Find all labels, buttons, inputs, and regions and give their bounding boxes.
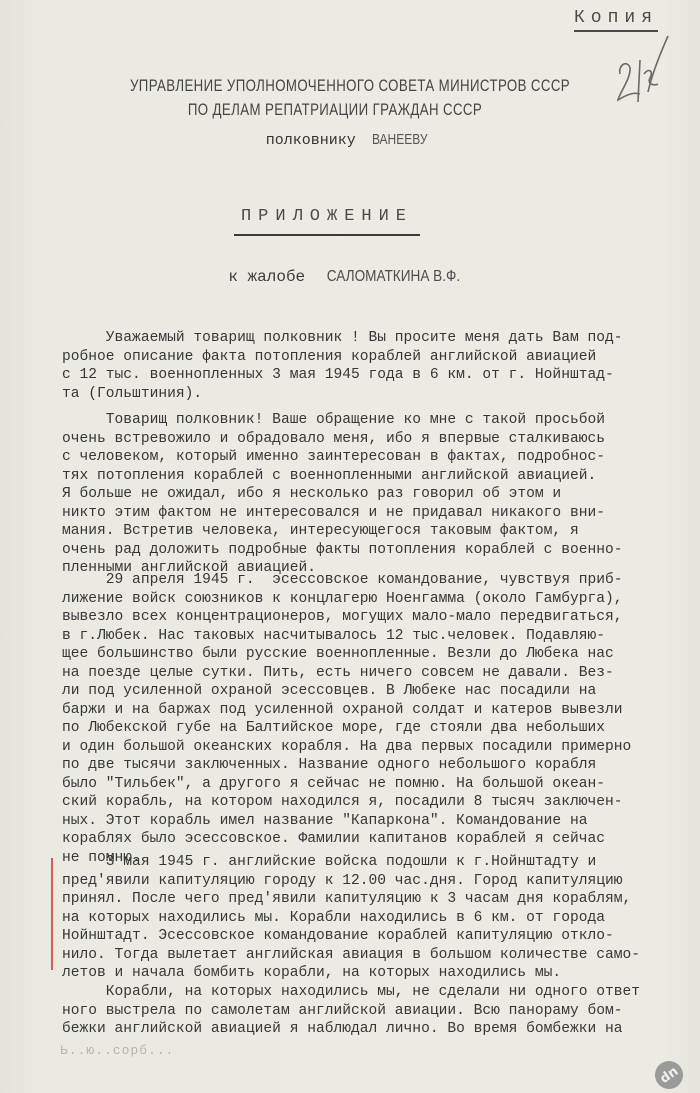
text-line: Корабли, на которых находились мы, не сд…	[62, 983, 700, 1002]
document-title: ПРИЛОЖЕНИЕ	[234, 207, 420, 236]
text-line: баржи и на баржах под усиленной охраной …	[62, 701, 700, 720]
watermark-badge-icon: dn	[650, 1056, 689, 1093]
bleedthrough-text: Ь..ю..сорб...	[60, 1043, 174, 1058]
text-line: Товарищ полковник! Ваше обращение ко мне…	[62, 411, 700, 430]
text-line: Я больше не ожидал, ибо я несколько раз …	[62, 485, 700, 504]
copy-stamp: Копия	[574, 8, 658, 32]
text-line: робное описание факта потопления корабле…	[62, 348, 700, 367]
text-line: очень встревожило и обрадовало меня, ибо…	[62, 430, 700, 449]
text-line: ных. Этот корабль имел название "Капарко…	[62, 812, 700, 831]
paragraph-3: 29 апреля 1945 г. эсессовское командован…	[62, 571, 700, 867]
text-line: и один большой океанских корабля. На два…	[62, 738, 700, 757]
text-line: вывезло всех концентрационеров, могущих …	[62, 608, 700, 627]
text-line: Нойнштадт. Эсессовское командование кора…	[62, 927, 700, 946]
red-margin-mark	[51, 858, 53, 970]
subtitle-prefix: к жалобе	[228, 268, 305, 286]
text-line: по две тысячи заключенных. Название одно…	[62, 756, 700, 775]
text-line: очень рад доложить подробные факты потоп…	[62, 541, 700, 560]
addressee-prefix: полковнику	[266, 132, 356, 149]
text-line: тях потопления кораблей с военнопленными…	[62, 467, 700, 486]
text-line: 3 мая 1945 г. английские войска подошли …	[62, 853, 700, 872]
text-line: с 12 тыс. военнопленных 3 мая 1945 года …	[62, 366, 700, 385]
addressee: полковнику ВАНЕЕВУ	[0, 131, 700, 149]
paragraph-5: Корабли, на которых находились мы, не сд…	[62, 983, 700, 1039]
text-line: та (Гольштиния).	[62, 385, 700, 404]
complainant-name: САЛОМАТКИНА В.Ф.	[327, 268, 460, 286]
text-line: на которых находились мы. Корабли находи…	[62, 909, 700, 928]
text-line: летов и начала бомбить корабли, на котор…	[62, 964, 700, 983]
organization-line-2: ПО ДЕЛАМ РЕПАТРИАЦИИ ГРАЖДАН СССР	[62, 100, 608, 120]
text-line: нило. Тогда вылетает английская авиация …	[62, 946, 700, 965]
text-line: ли под усиленной охраной эсессовцев. В Л…	[62, 682, 700, 701]
paragraph-2: Товарищ полковник! Ваше обращение ко мне…	[62, 411, 700, 578]
document-page: Копия 215 УПРАВЛЕНИЕ УПОЛНОМОЧЕННОГО СОВ…	[0, 0, 700, 1093]
text-line: мания. Встретив человека, интересующегос…	[62, 522, 700, 541]
text-line: с человеком, который именно заинтересова…	[62, 448, 700, 467]
paragraph-4: 3 мая 1945 г. английские войска подошли …	[62, 853, 700, 983]
text-line: бежки английской авиацией я наблюдал лич…	[62, 1020, 700, 1039]
paragraph-1: Уважаемый товарищ полковник ! Вы просите…	[62, 329, 700, 403]
text-line: щее большинство были русские военнопленн…	[62, 645, 700, 664]
text-line: на поезде целые сутки. Пить, есть ничего…	[62, 664, 700, 683]
text-line: в г.Любек. Нас таковых насчитывалось 12 …	[62, 627, 700, 646]
text-line: ного выстрела по самолетам английской ав…	[62, 1002, 700, 1021]
text-line: никто этим фактом не интересовался и не …	[62, 504, 700, 523]
text-line: 29 апреля 1945 г. эсессовское командован…	[62, 571, 700, 590]
document-subtitle: к жалобе САЛОМАТКИНА В.Ф.	[0, 268, 700, 286]
text-line: Уважаемый товарищ полковник ! Вы просите…	[62, 329, 700, 348]
addressee-name: ВАНЕЕВУ	[372, 131, 428, 148]
text-line: было "Тильбек", а другого я сейчас не по…	[62, 775, 700, 794]
text-line: лижение войск союзников к концлагерю Ное…	[62, 590, 700, 609]
text-line: кораблях было эсессовское. Фамилии капит…	[62, 830, 700, 849]
handwritten-folio-number: 215	[614, 34, 674, 104]
organization-line-1: УПРАВЛЕНИЕ УПОЛНОМОЧЕННОГО СОВЕТА МИНИСТ…	[77, 76, 623, 96]
text-line: принял. После чего пред'явили капитуляци…	[62, 890, 700, 909]
text-line: ский корабль, на котором находился я, по…	[62, 793, 700, 812]
text-line: пред'явили капитуляцию городу к 12.00 ча…	[62, 872, 700, 891]
text-line: по Любекской губе на Балтийское море, гд…	[62, 719, 700, 738]
